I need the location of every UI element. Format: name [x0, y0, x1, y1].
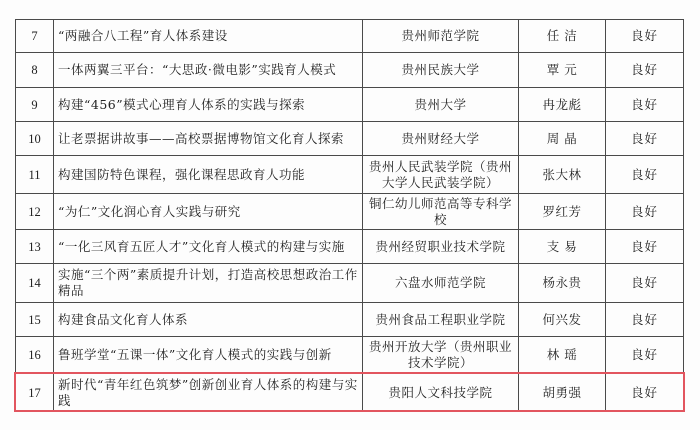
cell-project-title: 让老票据讲故事——高校票据博物馆文化育人探索 — [54, 122, 363, 156]
cell-number: 10 — [16, 122, 54, 156]
table-row[interactable]: 9 构建“456”模式心理育人体系的实践与探索 贵州大学 冉龙彪 良好 — [16, 88, 684, 122]
cell-person-in-charge: 周 晶 — [519, 122, 606, 156]
cell-number: 12 — [16, 194, 54, 230]
table-row[interactable]: 15 构建食品文化育人体系 贵州食品工程职业学院 何兴发 良好 — [16, 303, 684, 337]
table-row[interactable]: 12 “为仁”文化润心育人实践与研究 铜仁幼儿师范高等专科学校 罗红芳 良好 — [16, 194, 684, 230]
awards-table-body: 7 “两融合八工程”育人体系建设 贵州师范学院 任 洁 良好 8 一体两翼三平台… — [16, 20, 684, 412]
cell-project-title: 新时代“青年红色筑梦”创新创业育人体系的构建与实践 — [54, 374, 363, 412]
cell-grade: 良好 — [606, 156, 684, 194]
cell-number: 11 — [16, 156, 54, 194]
cell-person-in-charge: 杨永贵 — [519, 264, 606, 303]
cell-school: 贵州食品工程职业学院 — [363, 303, 519, 337]
cell-grade: 良好 — [606, 53, 684, 88]
table-row[interactable]: 11 构建国防特色课程，强化课程思政育人功能 贵州人民武装学院（贵州大学人民武装… — [16, 156, 684, 194]
cell-number: 14 — [16, 264, 54, 303]
table-row-highlighted[interactable]: 17 新时代“青年红色筑梦”创新创业育人体系的构建与实践 贵阳人文科技学院 胡勇… — [16, 374, 684, 412]
cell-school: 贵阳人文科技学院 — [363, 374, 519, 412]
cell-number: 16 — [16, 337, 54, 374]
cell-number: 17 — [16, 374, 54, 412]
cell-project-title: “两融合八工程”育人体系建设 — [54, 20, 363, 53]
cell-project-title: 鲁班学堂“五课一体”文化育人模式的实践与创新 — [54, 337, 363, 374]
cell-grade: 良好 — [606, 374, 684, 412]
cell-project-title: “为仁”文化润心育人实践与研究 — [54, 194, 363, 230]
cell-grade: 良好 — [606, 303, 684, 337]
cell-school: 贵州财经大学 — [363, 122, 519, 156]
cell-person-in-charge: 张大林 — [519, 156, 606, 194]
cell-person-in-charge: 支 易 — [519, 230, 606, 264]
table-row[interactable]: 7 “两融合八工程”育人体系建设 贵州师范学院 任 洁 良好 — [16, 20, 684, 53]
cell-grade: 良好 — [606, 194, 684, 230]
cell-number: 13 — [16, 230, 54, 264]
cell-number: 9 — [16, 88, 54, 122]
cell-person-in-charge: 胡勇强 — [519, 374, 606, 412]
cell-number: 15 — [16, 303, 54, 337]
cell-person-in-charge: 覃 元 — [519, 53, 606, 88]
cell-grade: 良好 — [606, 230, 684, 264]
table-row[interactable]: 14 实施“三个两”素质提升计划，打造高校思想政治工作精品 六盘水师范学院 杨永… — [16, 264, 684, 303]
cell-school: 贵州经贸职业技术学院 — [363, 230, 519, 264]
cell-grade: 良好 — [606, 337, 684, 374]
cell-school: 贵州民族大学 — [363, 53, 519, 88]
cell-school: 六盘水师范学院 — [363, 264, 519, 303]
cell-project-title: 构建国防特色课程，强化课程思政育人功能 — [54, 156, 363, 194]
cell-project-title: 一体两翼三平台：“大思政·微电影”实践育人模式 — [54, 53, 363, 88]
cell-school: 贵州大学 — [363, 88, 519, 122]
table-row[interactable]: 13 “一化三风育五匠人才”文化育人模式的构建与实施 贵州经贸职业技术学院 支 … — [16, 230, 684, 264]
cell-grade: 良好 — [606, 20, 684, 53]
document-page: 7 “两融合八工程”育人体系建设 贵州师范学院 任 洁 良好 8 一体两翼三平台… — [0, 0, 700, 430]
cell-project-title: 构建“456”模式心理育人体系的实践与探索 — [54, 88, 363, 122]
cell-school: 贵州开放大学（贵州职业技术学院） — [363, 337, 519, 374]
cell-person-in-charge: 何兴发 — [519, 303, 606, 337]
cell-school: 贵州师范学院 — [363, 20, 519, 53]
table-row[interactable]: 10 让老票据讲故事——高校票据博物馆文化育人探索 贵州财经大学 周 晶 良好 — [16, 122, 684, 156]
cell-person-in-charge: 冉龙彪 — [519, 88, 606, 122]
cell-grade: 良好 — [606, 88, 684, 122]
cell-project-title: “一化三风育五匠人才”文化育人模式的构建与实施 — [54, 230, 363, 264]
cell-person-in-charge: 罗红芳 — [519, 194, 606, 230]
cell-school: 铜仁幼儿师范高等专科学校 — [363, 194, 519, 230]
cell-person-in-charge: 林 瑶 — [519, 337, 606, 374]
cell-number: 7 — [16, 20, 54, 53]
cell-project-title: 实施“三个两”素质提升计划，打造高校思想政治工作精品 — [54, 264, 363, 303]
cell-project-title: 构建食品文化育人体系 — [54, 303, 363, 337]
cell-person-in-charge: 任 洁 — [519, 20, 606, 53]
table-row[interactable]: 8 一体两翼三平台：“大思政·微电影”实践育人模式 贵州民族大学 覃 元 良好 — [16, 53, 684, 88]
awards-table: 7 “两融合八工程”育人体系建设 贵州师范学院 任 洁 良好 8 一体两翼三平台… — [15, 19, 684, 412]
cell-grade: 良好 — [606, 122, 684, 156]
table-row[interactable]: 16 鲁班学堂“五课一体”文化育人模式的实践与创新 贵州开放大学（贵州职业技术学… — [16, 337, 684, 374]
cell-grade: 良好 — [606, 264, 684, 303]
cell-number: 8 — [16, 53, 54, 88]
cell-school: 贵州人民武装学院（贵州大学人民武装学院） — [363, 156, 519, 194]
